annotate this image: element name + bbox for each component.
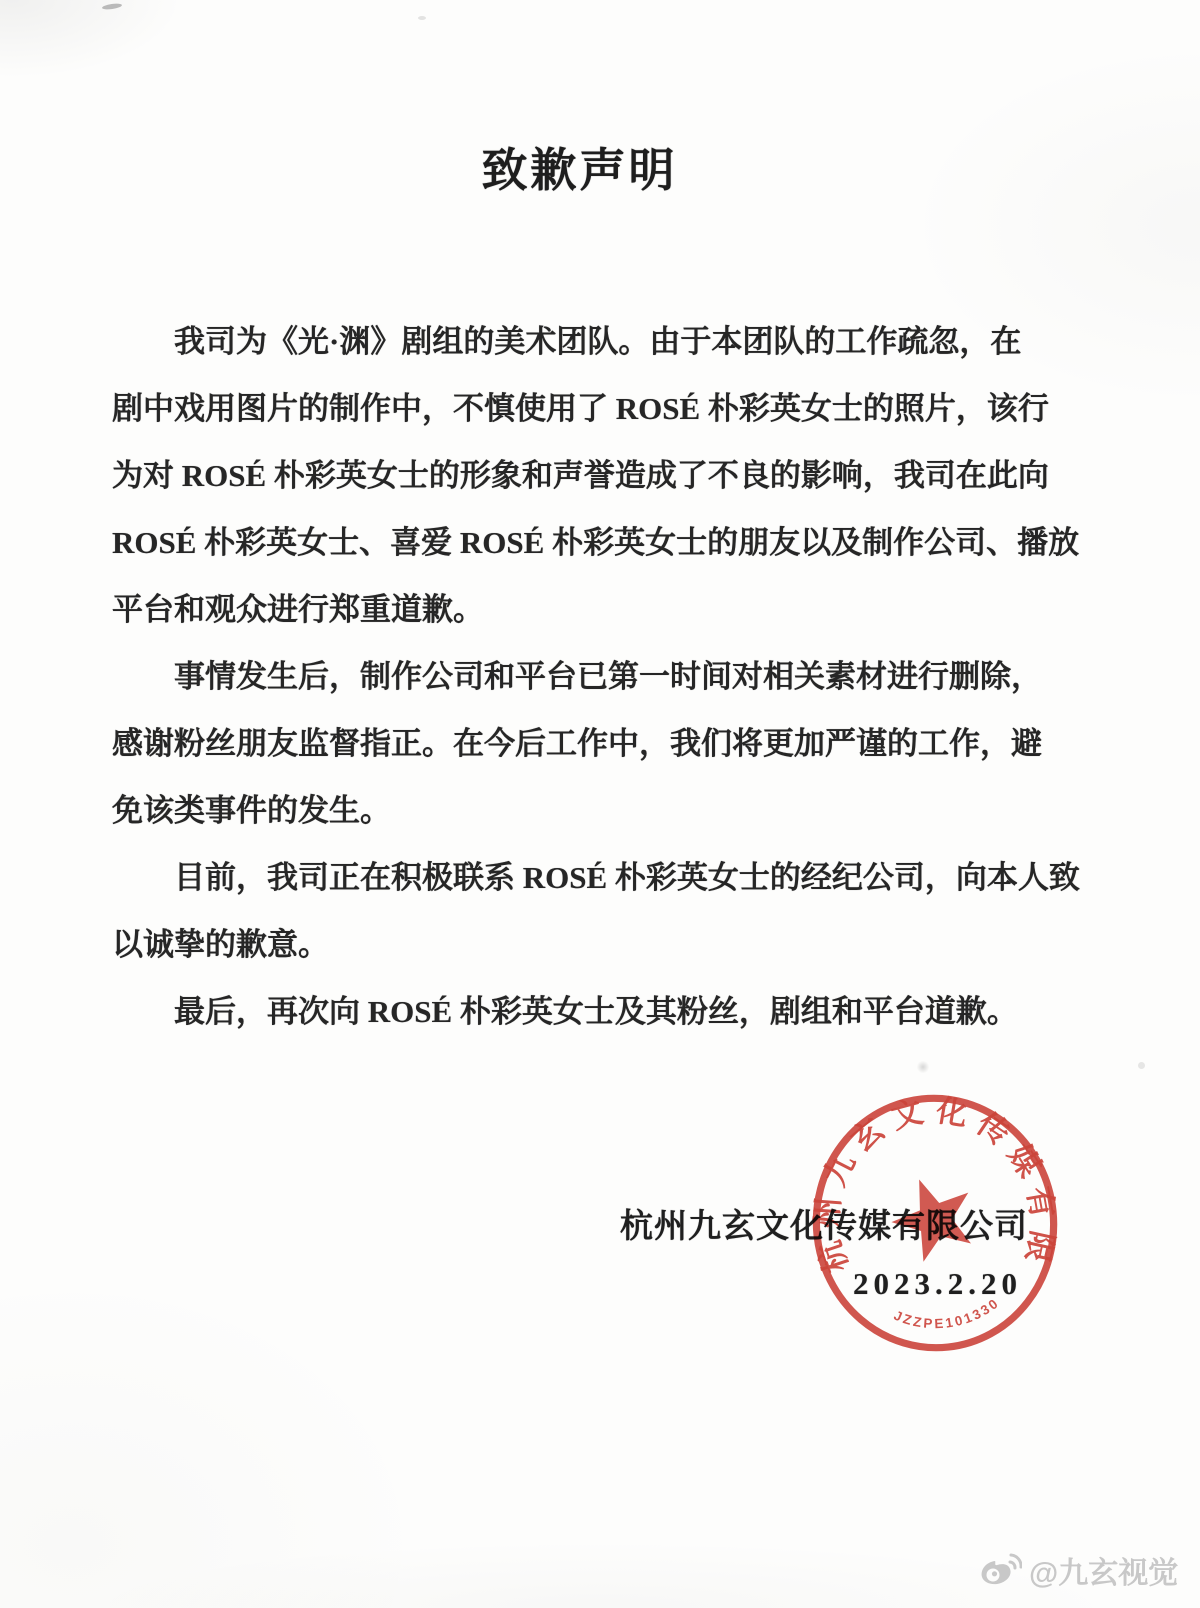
body-line: 为对 ROSÉ 朴彩英女士的形象和声誉造成了不良的影响，我司在此向 (112, 442, 1077, 509)
body-line: 剧中戏用图片的制作中，不慎使用了 ROSÉ 朴彩英女士的照片，该行 (112, 375, 1077, 442)
body-line: 目前，我司正在积极联系 ROSÉ 朴彩英女士的经纪公司，向本人致 (112, 844, 1077, 911)
body-line: ROSÉ 朴彩英女士、喜爱 ROSÉ 朴彩英女士的朋友以及制作公司、播放 (112, 509, 1077, 576)
company-seal-stamp: 杭州九玄文化传媒有限公司 JZZPE101330122 (806, 1090, 1064, 1356)
body-line: 免该类事件的发生。 (112, 777, 1077, 844)
scan-speck (418, 16, 426, 20)
weibo-icon (980, 1552, 1022, 1588)
weibo-watermark: @九玄视觉 (980, 1548, 1178, 1592)
apology-letter-page: 致歉声明 我司为《光·渊》剧组的美术团队。由于本团队的工作疏忽，在 剧中戏用图片… (0, 0, 1200, 1608)
body-line: 最后，再次向 ROSÉ 朴彩英女士及其粉丝，剧组和平台道歉。 (112, 978, 1077, 1045)
body-line: 感谢粉丝朋友监督指正。在今后工作中，我们将更加严谨的工作，避 (112, 710, 1077, 777)
body-line: 以诚挚的歉意。 (112, 911, 1077, 978)
seal-ring-text: 杭州九玄文化传媒有限公司 (806, 1090, 1064, 1293)
scan-speck (1138, 1062, 1145, 1069)
star-icon (881, 1165, 986, 1268)
body-line: 我司为《光·渊》剧组的美术团队。由于本团队的工作疏忽，在 (112, 308, 1077, 375)
watermark-handle: @九玄视觉 (1029, 1548, 1178, 1592)
scan-speck (102, 3, 123, 11)
body-line: 平台和观众进行郑重道歉。 (112, 576, 1077, 643)
body-line: 事情发生后，制作公司和平台已第一时间对相关素材进行删除， (112, 643, 1077, 710)
document-title: 致歉声明 (112, 134, 1047, 200)
svg-text:杭州九玄文化传媒有限公司: 杭州九玄文化传媒有限公司 (806, 1090, 1064, 1293)
document-body: 我司为《光·渊》剧组的美术团队。由于本团队的工作疏忽，在 剧中戏用图片的制作中，… (112, 308, 1077, 1045)
